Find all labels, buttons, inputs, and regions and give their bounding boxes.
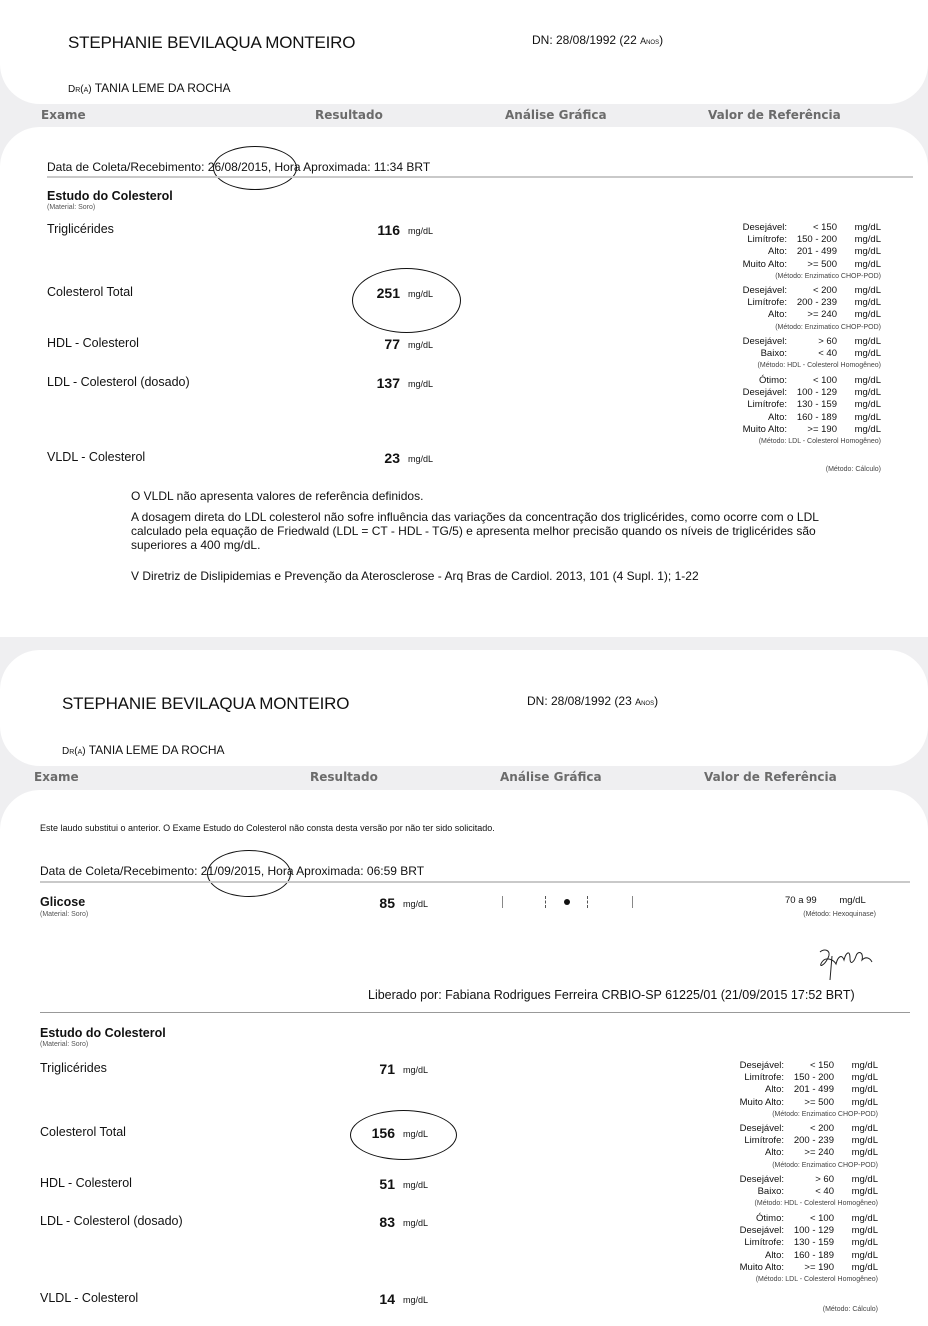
reference-row: Alto: >= 240 mg/dL (740, 1147, 878, 1159)
reference-row: Baixo: < 40 mg/dL (743, 348, 881, 360)
reference-row: Alto: >= 240 mg/dL (743, 309, 881, 321)
reference-row: Muito Alto: >= 190 mg/dL (740, 1262, 878, 1274)
exam-name: HDL - Colesterol (47, 336, 139, 350)
value-circle-annotation (352, 268, 461, 333)
birth-date-suffix: ) (659, 33, 663, 47)
reference-range: 200 - 239 (788, 1135, 838, 1147)
glicose-ref-range: 70 a 99 (785, 895, 817, 906)
reference-unit: mg/dL (841, 222, 881, 234)
exam-value: 51 (335, 1176, 395, 1192)
exam-glicose-name: Glicose (40, 895, 85, 909)
released-by: Liberado por: Fabiana Rodrigues Ferreira… (368, 988, 855, 1002)
reference-range: >= 500 (791, 259, 841, 271)
reference-label: Limítrofe: (740, 1237, 788, 1249)
reference-label: Muito Alto: (740, 1262, 788, 1274)
reference-row: Limítrofe: 200 - 239 mg/dL (740, 1135, 878, 1147)
reference-unit: mg/dL (838, 1186, 878, 1198)
column-valor-referencia: Valor de Referência (704, 770, 837, 784)
birth-date-text: DN: 28/08/1992 (23 (527, 694, 635, 708)
reference-range: 160 - 189 (791, 412, 841, 424)
patient-name: STEPHANIE BEVILAQUA MONTEIRO (62, 694, 349, 714)
method: (Método: LDL - Colesterol Homogêneo) (743, 436, 881, 448)
reference-unit: mg/dL (838, 1262, 878, 1274)
collection-time: 06:59 BRT (367, 864, 424, 878)
reference-label: Desejável: (743, 336, 791, 348)
reference-label: Limítrofe: (740, 1072, 788, 1084)
reference-range: 160 - 189 (788, 1250, 838, 1262)
reference-range: 201 - 499 (791, 246, 841, 258)
reference-range: < 100 (788, 1213, 838, 1225)
reference-row: Alto: 201 - 499 mg/dL (743, 246, 881, 258)
reference-label: Alto: (743, 309, 791, 321)
signature-icon (810, 942, 876, 984)
note-ldl: A dosagem direta do LDL colesterol não s… (131, 510, 871, 552)
exam-name: LDL - Colesterol (dosado) (40, 1214, 183, 1228)
exam-name: HDL - Colesterol (40, 1176, 132, 1190)
reference-range: >= 500 (788, 1097, 838, 1109)
reference-row: Limítrofe: 130 - 159 mg/dL (740, 1237, 878, 1249)
exam-unit: mg/dL (408, 379, 433, 389)
reference-range: < 100 (791, 375, 841, 387)
exam-value: 71 (335, 1061, 395, 1077)
reference-range: 130 - 159 (788, 1237, 838, 1249)
reference-label: Baixo: (740, 1186, 788, 1198)
method: (Método: HDL - Colesterol Homogêneo) (740, 1198, 878, 1210)
reference-label: Muito Alto: (740, 1097, 788, 1109)
exam-name: Colesterol Total (40, 1125, 126, 1139)
patient-name: STEPHANIE BEVILAQUA MONTEIRO (68, 33, 355, 53)
divider (40, 1012, 910, 1013)
reference-unit: mg/dL (841, 375, 881, 387)
reference-row: Muito Alto: >= 190 mg/dL (743, 424, 881, 436)
exam-unit: mg/dL (408, 340, 433, 350)
reference-range: >= 240 (791, 309, 841, 321)
reference-label: Muito Alto: (743, 259, 791, 271)
reference-unit: mg/dL (841, 399, 881, 411)
reference-row: Desejável: 100 - 129 mg/dL (743, 387, 881, 399)
reference-label: Desejável: (740, 1225, 788, 1237)
collection-label: Data de Coleta/Recebimento (40, 864, 194, 878)
reference-range: 150 - 200 (788, 1072, 838, 1084)
exam-value: 116 (340, 222, 400, 238)
note-reference: V Diretriz de Dislipidemias e Prevenção … (131, 569, 699, 583)
reference-unit: mg/dL (841, 259, 881, 271)
reference-values: Desejável: > 60 mg/dL Baixo: < 40 mg/dL(… (743, 336, 881, 373)
doctor-name: TANIA LEME DA ROCHA (89, 743, 225, 757)
reference-unit: mg/dL (838, 1213, 878, 1225)
reference-label: Alto: (740, 1250, 788, 1262)
exam-unit: mg/dL (403, 1218, 428, 1228)
reference-values: Ótimo: < 100 mg/dL Desejável: 100 - 129 … (740, 1213, 878, 1286)
method: (Método: LDL - Colesterol Homogêneo) (740, 1274, 878, 1286)
section-title: Estudo do Colesterol (47, 189, 173, 203)
reference-row: Desejável: > 60 mg/dL (743, 336, 881, 348)
method: (Método: Cálculo) (826, 464, 881, 476)
reference-unit: mg/dL (841, 412, 881, 424)
reference-range: >= 190 (791, 424, 841, 436)
exam-name: LDL - Colesterol (dosado) (47, 375, 190, 389)
reference-row: Muito Alto: >= 500 mg/dL (743, 259, 881, 271)
divider (47, 176, 913, 178)
reference-unit: mg/dL (838, 1097, 878, 1109)
note-vldl: O VLDL não apresenta valores de referênc… (131, 489, 423, 503)
column-analise-grafica: Análise Gráfica (505, 108, 607, 122)
reference-unit: mg/dL (841, 387, 881, 399)
reference-unit: mg/dL (838, 1123, 878, 1135)
birth-date: DN: 28/08/1992 (22 Anos) (532, 33, 663, 47)
reference-range: >= 190 (788, 1262, 838, 1274)
reference-values: Desejável: < 150 mg/dL Limítrofe: 150 - … (740, 1060, 878, 1121)
reference-row: Muito Alto: >= 500 mg/dL (740, 1097, 878, 1109)
exam-name: VLDL - Colesterol (47, 450, 145, 464)
reference-label: Muito Alto: (743, 424, 791, 436)
exam-name: Triglicérides (40, 1061, 107, 1075)
reference-range: 100 - 129 (788, 1225, 838, 1237)
value-circle-annotation (350, 1110, 457, 1160)
reference-row: Ótimo: < 100 mg/dL (740, 1213, 878, 1225)
reference-row: Alto: 160 - 189 mg/dL (743, 412, 881, 424)
reference-row: Limítrofe: 130 - 159 mg/dL (743, 399, 881, 411)
age-word: Anos (640, 36, 659, 46)
exam-unit: mg/dL (403, 1180, 428, 1190)
reference-unit: mg/dL (841, 309, 881, 321)
reference-range: < 150 (791, 222, 841, 234)
reference-unit: mg/dL (838, 1174, 878, 1186)
gauge-value-dot (564, 899, 570, 905)
reference-row: Ótimo: < 100 mg/dL (743, 375, 881, 387)
section-title: Estudo do Colesterol (40, 1026, 166, 1040)
exam-unit: mg/dL (403, 1295, 428, 1305)
reference-range: 201 - 499 (788, 1084, 838, 1096)
exam-name: Colesterol Total (47, 285, 133, 299)
reference-values: Desejável: > 60 mg/dL Baixo: < 40 mg/dL(… (740, 1174, 878, 1211)
reference-values: Desejável: < 200 mg/dL Limítrofe: 200 - … (743, 285, 881, 334)
reference-range: >= 240 (788, 1147, 838, 1159)
reference-range: > 60 (791, 336, 841, 348)
reference-label: Alto: (740, 1147, 788, 1159)
replacement-note: Este laudo substitui o anterior. O Exame… (40, 823, 495, 833)
collection-time: 11:34 BRT (374, 160, 430, 174)
birth-date-suffix: ) (654, 694, 658, 708)
exam-value: 14 (335, 1291, 395, 1307)
reference-unit: mg/dL (841, 348, 881, 360)
collection-label: Data de Coleta/Recebimento (47, 160, 201, 174)
reference-unit: mg/dL (838, 1084, 878, 1096)
exam-unit: mg/dL (408, 226, 433, 236)
column-resultado: Resultado (315, 108, 383, 122)
reference-label: Alto: (743, 246, 791, 258)
reference-row: Desejável: < 150 mg/dL (740, 1060, 878, 1072)
exam-value: 137 (340, 375, 400, 391)
reference-label: Alto: (743, 412, 791, 424)
reference-unit: mg/dL (841, 297, 881, 309)
birth-date-text: DN: 28/08/1992 (22 (532, 33, 640, 47)
reference-unit: mg/dL (838, 1147, 878, 1159)
reference-unit: mg/dL (838, 1225, 878, 1237)
column-resultado: Resultado (310, 770, 378, 784)
reference-range: 150 - 200 (791, 234, 841, 246)
exam-name: Triglicérides (47, 222, 114, 236)
column-analise-grafica: Análise Gráfica (500, 770, 602, 784)
reference-unit: mg/dL (841, 424, 881, 436)
doctor-prefix: Dr(a) (68, 84, 92, 95)
reference-label: Limítrofe: (743, 399, 791, 411)
doctor: Dr(a) TANIA LEME DA ROCHA (68, 81, 231, 95)
reference-label: Desejável: (740, 1123, 788, 1135)
exam-glicose-method: (Método: Hexoquinase) (803, 911, 876, 918)
reference-label: Baixo: (743, 348, 791, 360)
reference-range: > 60 (788, 1174, 838, 1186)
gauge-max-tick (632, 896, 633, 908)
gauge-range-low (545, 896, 547, 908)
reference-range: < 200 (788, 1123, 838, 1135)
age-word: Anos (635, 697, 654, 707)
reference-unit: mg/dL (838, 1135, 878, 1147)
gauge-min-tick (502, 896, 503, 908)
doctor-prefix: Dr(a) (62, 746, 86, 757)
reference-label: Limítrofe: (743, 297, 791, 309)
reference-unit: mg/dL (841, 285, 881, 297)
column-valor-referencia: Valor de Referência (708, 108, 841, 122)
reference-row: Desejável: < 200 mg/dL (743, 285, 881, 297)
exam-value: 23 (340, 450, 400, 466)
exam-value: 83 (335, 1214, 395, 1230)
section-material: (Material: Soro) (40, 1041, 88, 1048)
reference-unit: mg/dL (838, 1060, 878, 1072)
birth-date: DN: 28/08/1992 (23 Anos) (527, 694, 658, 708)
reference-label: Limítrofe: (740, 1135, 788, 1147)
divider (40, 881, 910, 883)
column-exame: Exame (41, 108, 86, 122)
method: (Método: HDL - Colesterol Homogêneo) (743, 360, 881, 372)
reference-row: Desejável: < 150 mg/dL (743, 222, 881, 234)
exam-glicose-reference: 70 a 99 mg/dL (785, 895, 866, 906)
reference-row: Limítrofe: 200 - 239 mg/dL (743, 297, 881, 309)
reference-row: Alto: 160 - 189 mg/dL (740, 1250, 878, 1262)
doctor: Dr(a) TANIA LEME DA ROCHA (62, 743, 225, 757)
reference-row: Limítrofe: 150 - 200 mg/dL (743, 234, 881, 246)
reference-row: Baixo: < 40 mg/dL (740, 1186, 878, 1198)
doctor-name: TANIA LEME DA ROCHA (95, 81, 231, 95)
method: (Método: Enzimatico CHOP-POD) (740, 1109, 878, 1121)
reference-label: Ótimo: (743, 375, 791, 387)
column-exame: Exame (34, 770, 79, 784)
reference-values: (Método: Cálculo) (826, 464, 881, 476)
reference-range: < 40 (788, 1186, 838, 1198)
reference-row: Desejável: 100 - 129 mg/dL (740, 1225, 878, 1237)
reference-label: Ótimo: (740, 1213, 788, 1225)
reference-range: 130 - 159 (791, 399, 841, 411)
reference-label: Alto: (740, 1084, 788, 1096)
glicose-ref-unit: mg/dL (839, 895, 865, 906)
reference-label: Limítrofe: (743, 234, 791, 246)
method: (Método: Cálculo) (823, 1304, 878, 1316)
gauge-range-high (587, 896, 589, 908)
reference-range: < 200 (791, 285, 841, 297)
exam-glicose-material: (Material: Soro) (40, 911, 88, 918)
reference-unit: mg/dL (841, 234, 881, 246)
reference-label: Desejável: (740, 1060, 788, 1072)
reference-values: Ótimo: < 100 mg/dL Desejável: 100 - 129 … (743, 375, 881, 448)
reference-unit: mg/dL (838, 1250, 878, 1262)
reference-label: Desejável: (743, 222, 791, 234)
reference-row: Limítrofe: 150 - 200 mg/dL (740, 1072, 878, 1084)
exam-glicose-unit: mg/dL (403, 899, 428, 909)
reference-unit: mg/dL (841, 336, 881, 348)
exam-glicose-value: 85 (335, 895, 395, 911)
reference-unit: mg/dL (838, 1237, 878, 1249)
reference-range: 200 - 239 (791, 297, 841, 309)
method: (Método: Enzimatico CHOP-POD) (740, 1160, 878, 1172)
reference-range: 100 - 129 (791, 387, 841, 399)
method: (Método: Enzimatico CHOP-POD) (743, 322, 881, 334)
reference-label: Desejável: (743, 285, 791, 297)
method: (Método: Enzimatico CHOP-POD) (743, 271, 881, 283)
reference-values: Desejável: < 150 mg/dL Limítrofe: 150 - … (743, 222, 881, 283)
exam-value: 77 (340, 336, 400, 352)
exam-name: VLDL - Colesterol (40, 1291, 138, 1305)
reference-row: Desejável: > 60 mg/dL (740, 1174, 878, 1186)
reference-row: Alto: 201 - 499 mg/dL (740, 1084, 878, 1096)
exam-unit: mg/dL (408, 454, 433, 464)
reference-values: (Método: Cálculo) (823, 1304, 878, 1316)
date-circle-annotation (207, 850, 291, 897)
reference-unit: mg/dL (841, 246, 881, 258)
reference-range: < 150 (788, 1060, 838, 1072)
reference-range: < 40 (791, 348, 841, 360)
date-circle-annotation (213, 146, 297, 190)
reference-label: Desejável: (743, 387, 791, 399)
reference-values: Desejável: < 200 mg/dL Limítrofe: 200 - … (740, 1123, 878, 1172)
reference-label: Desejável: (740, 1174, 788, 1186)
reference-row: Desejável: < 200 mg/dL (740, 1123, 878, 1135)
exam-unit: mg/dL (403, 1065, 428, 1075)
section-material: (Material: Soro) (47, 204, 95, 211)
reference-unit: mg/dL (838, 1072, 878, 1084)
